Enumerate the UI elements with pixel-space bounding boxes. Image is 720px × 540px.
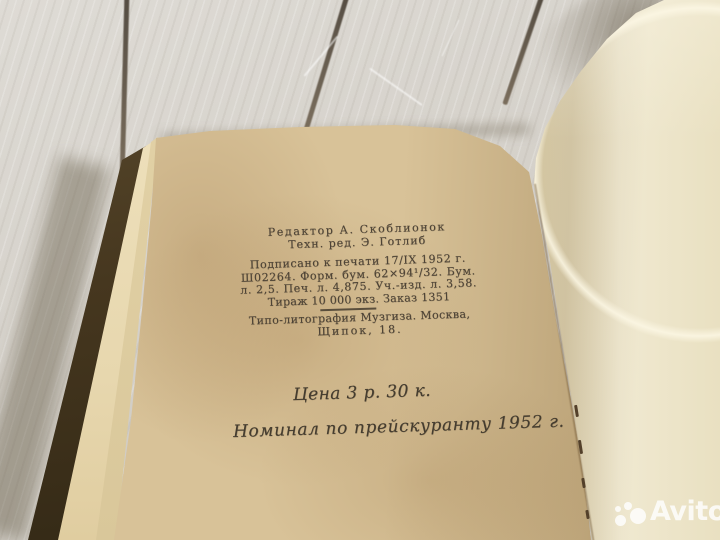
avito-logo-circle <box>624 502 632 510</box>
avito-logo-circle <box>615 506 621 512</box>
colophon-text-block: Редактор А. Скоблионок Техн. ред. Э. Гот… <box>227 220 494 442</box>
price-line: Цена 3 р. 30 к. <box>232 379 492 407</box>
avito-watermark: Avito <box>606 494 718 538</box>
avito-watermark-label: Avito <box>650 496 720 527</box>
avito-logo-circle <box>615 515 626 526</box>
avito-logo-circle <box>630 508 646 524</box>
